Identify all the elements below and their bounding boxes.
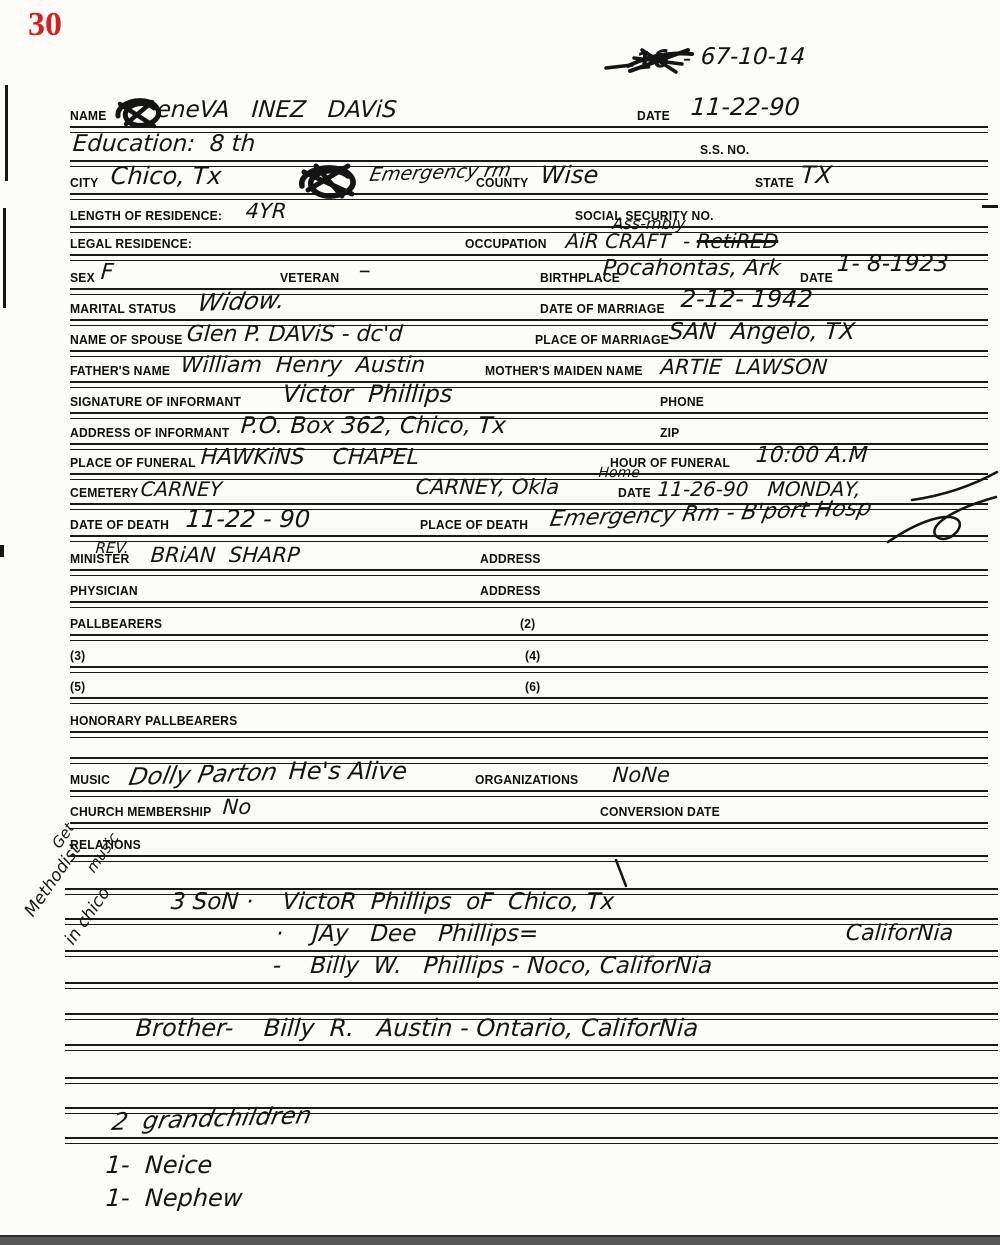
physician-address-label: ADDRESS bbox=[480, 584, 541, 598]
minister-label: MINISTER bbox=[70, 552, 129, 566]
phone-label: PHONE bbox=[660, 395, 704, 409]
rule bbox=[70, 535, 988, 542]
rule bbox=[70, 381, 988, 388]
crossed-out-reference: 16 bbox=[635, 44, 671, 75]
pallbearer-5-label: (5) bbox=[70, 680, 85, 694]
veteran-label: VETERAN bbox=[280, 271, 339, 285]
pallbearer-4-label: (4) bbox=[525, 649, 540, 663]
rule bbox=[70, 634, 988, 641]
sons-note-line2: · JAy Dee Phillips= bbox=[275, 923, 539, 946]
organizations-label: ORGANIZATIONS bbox=[475, 773, 578, 787]
zip-label: ZIP bbox=[660, 426, 679, 440]
marital-status-value: Widow. bbox=[196, 288, 287, 315]
mother-maiden-name-label: MOTHER'S MAIDEN NAME bbox=[485, 364, 643, 378]
death-place-label: PLACE OF DEATH bbox=[420, 518, 528, 532]
father-name-value: William Henry Austin bbox=[180, 355, 426, 377]
state-label: STATE bbox=[755, 176, 794, 190]
birth-date-label: DATE bbox=[800, 271, 833, 285]
date-value: 11-22-90 bbox=[690, 95, 801, 119]
birth-date-value: 1- 8-1923 bbox=[836, 253, 949, 276]
music-song-value: He's Alive bbox=[288, 759, 408, 783]
death-date-label: DATE OF DEATH bbox=[70, 518, 169, 532]
spouse-value: Glen P. DAViS - dc'd bbox=[186, 324, 403, 346]
pallbearer-6-label: (6) bbox=[525, 680, 540, 694]
rule bbox=[70, 855, 988, 862]
mother-maiden-name-value: ARTIE LAWSON bbox=[660, 357, 828, 378]
scan-artifact bbox=[5, 85, 8, 181]
death-date-value: 11-22 - 90 bbox=[185, 507, 311, 531]
birthplace-value: Pocahontas, Ark bbox=[602, 258, 782, 280]
honorary-pallbearers-label: HONORARY PALLBEARERS bbox=[70, 714, 237, 728]
niece-note: 1- Neice bbox=[105, 1153, 213, 1177]
rule bbox=[70, 790, 988, 797]
page-number: 30 bbox=[28, 6, 62, 44]
informant-address-value: P.O. Box 362, Chico, Tx bbox=[240, 415, 507, 438]
minister-address-label: ADDRESS bbox=[480, 552, 541, 566]
sons-note-line2-right: CaliforNia bbox=[845, 923, 954, 945]
veteran-value: – bbox=[358, 258, 372, 282]
cemetery-value: CARNEY bbox=[140, 479, 223, 499]
rule bbox=[70, 601, 988, 608]
sex-value: F bbox=[100, 262, 114, 284]
legal-residence-label: LEGAL RESIDENCE: bbox=[70, 237, 192, 251]
case-reference-number: 67-10-14 bbox=[700, 46, 806, 69]
burial-date-value: 11-26-90 MONDAY, bbox=[657, 479, 861, 499]
cemetery-inserted-note: Home bbox=[598, 466, 640, 480]
reference-separator: - bbox=[682, 48, 692, 71]
rule bbox=[70, 731, 988, 738]
brother-note-line: Brother- Billy R. Austin - Ontario, Cali… bbox=[135, 1016, 699, 1040]
physician-label: PHYSICIAN bbox=[70, 584, 138, 598]
date-label: DATE bbox=[637, 109, 670, 123]
city-label: CITY bbox=[70, 176, 98, 190]
rule bbox=[70, 697, 988, 704]
spouse-label: NAME OF SPOUSE bbox=[70, 333, 183, 347]
scan-artifact bbox=[982, 205, 998, 208]
cemetery-label: CEMETERY bbox=[70, 486, 138, 500]
marital-status-label: MARITAL STATUS bbox=[70, 302, 176, 316]
county-label: COUNTY bbox=[476, 176, 528, 190]
pallbearer-2-label: (2) bbox=[520, 617, 535, 631]
rule bbox=[70, 193, 988, 200]
pallbearer-3-label: (3) bbox=[70, 649, 85, 663]
grandchildren-note: 2 grandchildren bbox=[110, 1103, 314, 1134]
rule bbox=[70, 226, 988, 233]
informant-address-label: ADDRESS OF INFORMANT bbox=[70, 426, 229, 440]
scan-artifact bbox=[3, 208, 6, 308]
residence-length-value: 4YR bbox=[245, 201, 287, 222]
rule bbox=[70, 666, 988, 673]
conversion-date-label: CONVERSION DATE bbox=[600, 805, 720, 819]
margin-note-line: in chico bbox=[62, 869, 123, 947]
state-value: TX bbox=[800, 163, 833, 187]
sons-note-line3: - Billy W. Phillips - Noco, CaliforNia bbox=[272, 955, 713, 978]
pallbearers-label: PALLBEARERS bbox=[70, 617, 162, 631]
minister-value: BRiAN SHARP bbox=[150, 545, 300, 566]
marriage-date-value: 2-12- 1942 bbox=[680, 287, 814, 311]
sons-note-line1: 3 SoN · VictoR Phillips oF Chico, Tx bbox=[170, 891, 615, 914]
name-value: eneVA INEZ DAViS bbox=[156, 99, 398, 122]
music-label: MUSIC bbox=[70, 773, 110, 787]
ssn-label: S.S. NO. bbox=[700, 143, 749, 157]
funeral-hour-value: 10:00 A.M bbox=[755, 445, 868, 467]
funeral-place-label: PLACE OF FUNERAL bbox=[70, 456, 196, 470]
county-value: Wise bbox=[540, 163, 599, 187]
scan-bottom-bar bbox=[0, 1235, 1000, 1245]
marriage-place-value: SAN Angelo, TX bbox=[668, 321, 856, 344]
education-value: Education: 8 th bbox=[72, 133, 256, 156]
rule bbox=[65, 1077, 998, 1084]
margin-note-line: Methodist bbox=[22, 842, 83, 920]
informant-signature-value: Victor Phillips bbox=[282, 382, 453, 406]
sex-label: SEX bbox=[70, 271, 95, 285]
marriage-date-label: DATE OF MARRIAGE bbox=[540, 302, 665, 316]
city-value: Chico, Tx bbox=[110, 164, 222, 188]
informant-signature-label: SIGNATURE OF INFORMANT bbox=[70, 395, 241, 409]
occupation-label: OCCUPATION bbox=[465, 237, 547, 251]
marriage-place-label: PLACE OF MARRIAGE bbox=[535, 333, 669, 347]
cemetery-location-value: CARNEY, Okla bbox=[415, 477, 560, 498]
rule bbox=[65, 1044, 998, 1051]
occupation-struck-text: RetiRED bbox=[696, 229, 779, 253]
scan-artifact bbox=[0, 545, 4, 557]
music-artist-value: Dolly Parton bbox=[127, 760, 279, 789]
organizations-value: NoNe bbox=[612, 765, 671, 786]
funeral-place-value: HAWKiNS CHAPEL bbox=[200, 447, 420, 469]
church-membership-value: No bbox=[222, 797, 252, 818]
rule bbox=[65, 982, 998, 989]
nephew-note: 1- Nephew bbox=[105, 1186, 243, 1210]
rule bbox=[65, 1137, 998, 1144]
burial-date-label: DATE bbox=[618, 486, 651, 500]
residence-length-label: LENGTH OF RESIDENCE: bbox=[70, 209, 222, 223]
rule bbox=[70, 412, 988, 419]
father-name-label: FATHER'S NAME bbox=[70, 364, 170, 378]
rule bbox=[70, 822, 988, 829]
name-label: NAME bbox=[70, 109, 106, 123]
occupation-value: AiR CRAFT - RetiRED bbox=[565, 231, 779, 251]
rule bbox=[70, 569, 988, 576]
funeral-record-form: 30 16 - 67-10-14 NAME eneVA INEZ DAViS D… bbox=[0, 0, 1000, 1245]
